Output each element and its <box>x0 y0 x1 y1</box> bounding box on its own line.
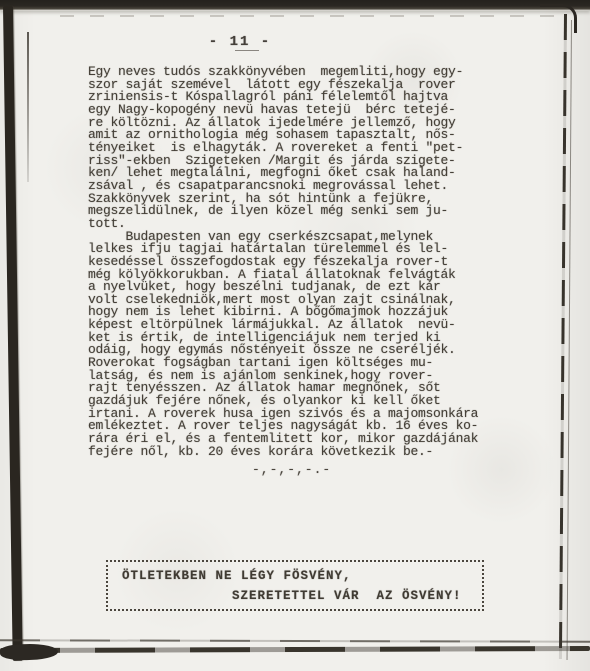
scanned-document-page: - 11 - Egy neves tudós szakkönyvében meg… <box>0 0 590 671</box>
scan-top-edge-artifact <box>0 0 590 11</box>
text-line: megszelidülnek, de ilyen közel még senki… <box>88 205 558 218</box>
notice-line-1: ÖTLETEKBEN NE LÉGY FÖSVÉNY, <box>122 569 482 583</box>
text-line: fejére nől, kb. 20 éves korára következi… <box>88 446 558 459</box>
scan-left-thin-line <box>27 32 29 182</box>
notice-box: ÖTLETEKBEN NE LÉGY FÖSVÉNY, SZERETETTEL … <box>106 560 484 611</box>
paragraph-2: Budapesten van egy cserkészcsapat,melyne… <box>88 231 558 459</box>
scan-right-thin-line <box>567 20 572 660</box>
section-separator: -,-,-,-.- <box>252 462 331 477</box>
scan-bottom-left-blob <box>0 643 58 661</box>
page-number: - 11 - <box>0 34 480 50</box>
page-number-underline <box>235 50 259 51</box>
paragraph-1: Egy neves tudós szakkönyvében megemliti,… <box>88 66 558 231</box>
scan-top-edge-echo <box>60 15 560 17</box>
scan-left-edge-artifact <box>3 6 23 661</box>
scan-bottom-line-lower <box>0 646 590 653</box>
notice-line-2: SZERETETTEL VÁR AZ ÖSVÉNY! <box>232 589 482 603</box>
document-text: Egy neves tudós szakkönyvében megemliti,… <box>88 66 558 458</box>
scan-right-dashed-line <box>559 14 567 659</box>
scan-bottom-line-upper <box>0 639 590 643</box>
